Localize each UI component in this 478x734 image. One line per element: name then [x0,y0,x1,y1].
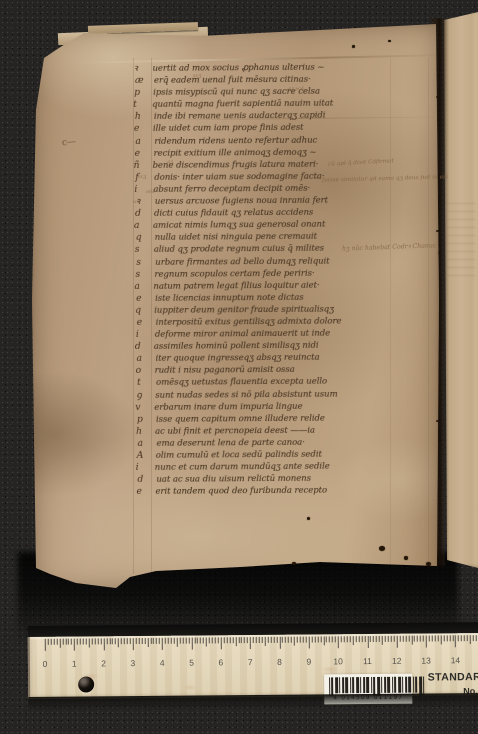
tick [320,636,321,642]
tick [74,639,75,651]
tick [341,636,342,642]
tick [399,636,400,642]
barcode-bar [402,677,403,693]
tick [71,639,72,645]
line-text: assimiles hominū pollent similisqʒ nidi [154,341,319,352]
tick [95,638,96,644]
line-text: interpositū exitus gentilisqʒ admixta do… [156,316,342,327]
tick [54,639,55,645]
tick [370,636,371,642]
barcode-bar [384,677,386,693]
barcode-bar [335,677,338,693]
barcode-bar [350,677,351,693]
line-text: donis· inter uiam sue sodomagine facta· [154,171,324,182]
tick [467,635,468,641]
tick [402,636,403,642]
tick [98,638,99,644]
line-text: olim cumulū et loca sedū palindis sedit [156,450,322,461]
tick [224,637,225,643]
tick [338,636,339,648]
tick [312,637,313,643]
manuscript-text-block: ꝛuertit ad mox socius ꝓphanus ulterius ~… [130,61,393,498]
tick [162,638,163,650]
line-initial: a [131,280,150,292]
line-initial: i [133,329,152,341]
tick [273,637,274,643]
tick [268,637,269,643]
tick [106,638,107,644]
tick [121,638,122,644]
tick [144,638,145,644]
tick [238,637,239,643]
line-initial: v [132,401,151,413]
interlinear-gloss: oēs [146,189,155,195]
interlinear-gloss: uñ [133,199,139,205]
tick [197,638,198,644]
line-text: uersus arcuose fugiens noua inrania fert [155,196,328,207]
wormhole-speck [426,562,431,566]
barcode-bar [398,677,401,693]
tick [294,637,295,646]
wormhole-speck [379,546,385,551]
tick [379,636,380,642]
tick [147,638,148,647]
cm-number: 11 [356,656,378,666]
tick [438,635,439,641]
line-text: amicat nimis lumqʒ sua generosal onant [153,220,325,231]
interlinear-gloss: scʒ [193,73,201,79]
line-text: rudit i nisu paganorū amisit ossa [155,365,295,376]
tick [253,637,254,643]
tick [435,635,436,641]
line-text: recipit exitium ille animoqʒ demoqʒ ~ [154,147,317,158]
tick [206,637,207,646]
tick [279,637,280,649]
cm-number: 9 [298,656,320,666]
tick [133,638,134,650]
line-text: inde ibi remane uenis audacterqʒ capidi [154,111,326,122]
line-initial: a [132,135,151,147]
tick [452,635,453,641]
tick [83,639,84,645]
sewing-hole [436,96,439,98]
wormhole-speck [292,562,296,565]
ruling-line [428,58,429,568]
line-text: ac ubi finit et percnopeia deest ——ia [155,425,315,436]
tick [244,637,245,643]
line-text: ille uidet cum iam prope finis adest [153,123,304,134]
line-initial: d [132,341,151,353]
line-initial: ñ [131,160,150,172]
manuscript-line: eerit tandem quod deo furibunda recepto [133,484,393,498]
tick [141,638,142,644]
tick [56,639,57,645]
line-initial: ꝯ [133,389,152,401]
cm-number: 12 [386,656,408,666]
tick [361,636,362,642]
ruler-hole [78,676,94,692]
barcode-bar [360,677,361,693]
tick [441,635,442,644]
tick [109,638,110,644]
tick [89,638,90,647]
wormhole-speck [352,45,355,48]
line-text: erit tandem quod deo furibunda recepto [155,486,327,497]
tick [212,637,213,643]
barcode-bar [387,677,390,693]
tick [165,638,166,644]
barcode-bar [392,677,393,693]
line-text: iter quoque ingresseqʒ absqʒ reuincta [156,353,320,364]
line-text: urbare firmantes ad bello dumqʒ reliquit [155,256,329,267]
tick [209,637,210,643]
tick [391,636,392,642]
tick [297,637,298,643]
line-text: absunt ferro deceptam decipit omēs· [153,184,310,195]
barcode-bar [342,677,344,693]
line-initial: o [133,365,152,377]
cm-number: 4 [151,658,173,668]
tick [130,638,131,644]
tick [215,637,216,643]
wormhole-speck [404,556,408,560]
tick [414,636,415,642]
tick [397,636,398,648]
line-initial: s [133,256,152,268]
line-text: quantū magna fuerit sapientiā nauim uita… [152,99,333,110]
line-text: isse quem capitum omne illudere relide [156,413,325,424]
interlinear-gloss: qʒ [167,159,173,165]
tick [200,637,201,643]
tick [250,637,251,649]
cm-number: 7 [239,657,261,667]
line-initial: a [131,220,150,232]
wormhole-speck [388,40,391,42]
tick [45,639,46,651]
line-text: erbarum inare dum impuria lingue [154,401,302,412]
line-text: sunt nudas sedes si nō pila absistunt us… [155,389,337,400]
line-text: nulla uidet nisi ninguia pene cremauit [155,232,317,243]
tick [256,637,257,643]
tick [156,638,157,644]
barcode-bar [415,677,417,693]
cm-number: 8 [268,657,290,667]
line-text: bene discendimus frugis latura materi· [153,159,319,170]
barcode-bar [408,677,411,693]
line-initial: æ [132,75,151,87]
line-text: omēsqʒ uetustas flauentia excepta uello [156,377,327,388]
tick [353,636,354,645]
tick [382,636,383,645]
line-text: deforme miror animal animauerit ut inde [155,329,330,340]
tick [218,637,219,643]
tick [423,636,424,642]
tick [473,635,474,641]
line-text: erq̄ eadem uenal fuit mēsura citinas· [154,75,311,86]
cm-number: 2 [93,658,115,668]
line-initial: e [132,147,151,159]
tick [329,636,330,642]
tick [276,637,277,643]
tick [77,639,78,645]
tick [373,636,374,642]
tick [124,638,125,644]
cm-number: 3 [122,658,144,668]
tick [411,636,412,645]
tick [432,635,433,641]
tick [405,636,406,642]
tick [185,638,186,644]
tick [388,636,389,642]
line-initial: e [134,317,153,329]
tick [265,637,266,646]
tick [420,636,421,642]
tick [285,637,286,643]
barcode-bar [366,677,369,693]
tick [347,636,348,642]
tick [282,637,283,643]
tick [429,635,430,641]
tick [476,635,477,641]
line-initial: e [131,123,150,135]
tick [356,636,357,642]
tick [92,638,93,644]
cm-number: 1 [63,659,85,669]
tick [455,635,456,647]
tick [171,638,172,644]
tick [103,638,104,650]
tick [86,638,87,644]
line-initial: t [130,99,149,111]
cm-number: 14 [444,655,466,665]
interlinear-gloss: qʒ scē [288,86,304,92]
line-text: uat ac sua diu uisum relictū monens [156,474,311,485]
line-initial: h [133,426,152,438]
tick [309,637,310,649]
tick [364,636,365,642]
barcode-bar [371,677,372,693]
tick [226,637,227,643]
barcode-bar [363,677,365,693]
line-text: dicti cuius fidauit qʒ relatus accidens [154,208,313,219]
tick [174,638,175,644]
tick [150,638,151,644]
line-initial: a [134,353,153,365]
tick [65,639,66,645]
tick [203,637,204,643]
sewing-hole [438,130,441,132]
sewing-hole [436,230,439,232]
sewing-hole [438,252,441,254]
line-initial: s [132,268,151,280]
tick [229,637,230,643]
tick [235,637,236,646]
cm-number: 0 [34,659,56,669]
tick [306,637,307,643]
tick [314,636,315,642]
barcode-bar [352,677,354,693]
barcode-bar [405,677,407,693]
tick [100,638,101,644]
line-initial: q [133,232,152,244]
tick [115,638,116,644]
photograph-stage: ꝛuertit ad mox socius ꝓphanus ulterius ~… [0,0,478,734]
sewing-hole [436,420,439,422]
line-text: nunc et cum darum mundūqʒ ante sedile [155,462,330,473]
line-initial: i [133,462,152,474]
tick [323,636,324,645]
wormhole-speck [307,517,310,520]
tick [112,638,113,644]
tick [80,639,81,645]
tick [241,637,242,643]
line-text: iste licencias innuptum note dictas [155,292,304,303]
tick [344,636,345,642]
line-initial: A [134,450,153,462]
tick [385,636,386,642]
tick [417,636,418,642]
tick [247,637,248,643]
tick [183,638,184,644]
line-initial: d [134,474,153,486]
tick [376,636,377,642]
barcode-bar [339,677,340,693]
line-initial: p [134,413,153,425]
tick [118,638,119,647]
tick [291,637,292,643]
barcode-bar [381,677,382,693]
tick [159,638,160,644]
tick [350,636,351,642]
barcode-bar [345,677,348,693]
tick [127,638,128,644]
tick [59,639,60,648]
tick [194,638,195,644]
brand-label: STANDARD [428,671,478,684]
tick [394,636,395,642]
cm-number: 13 [415,655,437,665]
tick [262,637,263,643]
line-initial: a [135,438,154,450]
tick [259,637,260,643]
line-text: natum patrem legat filius loquitur aiet· [153,280,319,291]
tick [270,637,271,643]
tick [470,635,471,644]
line-initial: e [133,293,152,305]
barcode-bar [356,677,359,693]
line-initial: e [133,486,152,498]
tick [153,638,154,644]
tick [288,637,289,643]
tick [446,635,447,641]
line-text: ridendum ridens uento refertur adhuc [154,135,317,146]
tick [367,636,368,648]
interlinear-gloss: scʒ [138,174,146,180]
tick [48,639,49,645]
line-initial: s [132,244,151,256]
tick [177,638,178,647]
tick [300,637,301,643]
tick [188,638,189,644]
tick [408,636,409,642]
line-text: iuppiter deum genitor fraude spiritualis… [154,304,334,315]
line-text: ema deserunt lena de parte canoa· [157,438,305,449]
line-initial: t [134,377,153,389]
line-text: uertit ad mox socius ꝓphanus ulterius ~ [152,63,324,74]
barcode-bar [394,677,396,693]
tick [68,639,69,645]
tick [191,638,192,650]
tick [464,635,465,641]
tick [461,635,462,641]
tick [449,635,450,641]
tick [139,638,140,644]
tick [180,638,181,644]
tick [332,636,333,642]
line-initial: q [132,305,151,317]
facing-page-showthrough [447,196,475,276]
line-text: regnum scopulos certam fede periris· [154,268,314,279]
tick [358,636,359,642]
tick [168,638,169,644]
ruler-wood: 01234567891011121314 4 014509 011197 STA… [28,633,478,699]
tick [232,637,233,643]
line-text: aliud qʒ prodate regnum cuius q̄ milites [154,244,324,255]
line-initial: p [131,87,150,99]
cm-number: 10 [327,656,349,666]
tick [136,638,137,644]
cm-number: 6 [210,657,232,667]
tick [443,635,444,641]
tick [303,637,304,643]
tick [458,635,459,641]
line-initial: h [132,111,151,123]
ruler: 01234567891011121314 4 014509 011197 STA… [28,622,478,712]
cm-number: 5 [181,657,203,667]
tick [221,637,222,649]
line-initial: d [132,208,151,220]
tick [62,639,63,645]
tick [426,636,427,648]
line-initial: ꝛ [130,63,149,75]
tick [51,639,52,645]
barcode-bar [413,677,414,693]
tick [326,636,327,642]
tick [335,636,336,642]
interlinear-gloss: sic [214,296,221,302]
tick [317,636,318,642]
